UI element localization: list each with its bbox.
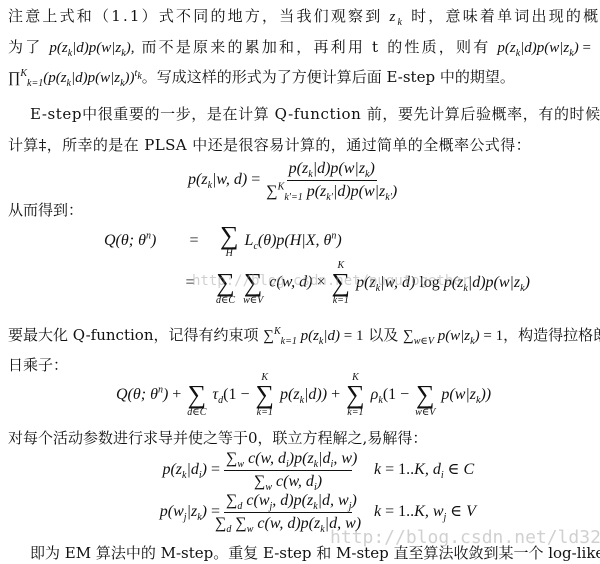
document-page: 注意上式和（1.1）式不同的地方，当我们观察到 zk 时，意味着单词出现的概率变… — [0, 0, 600, 564]
math-inline: p(zk|d)p(w|zk) = — [497, 40, 591, 56]
constraint-2: ∑w∈V p(w|zk) = 1 — [403, 328, 503, 344]
paragraph-1-line-1: 注意上式和（1.1）式不同的地方，当我们观察到 zk 时，意味着单词出现的概率变 — [8, 6, 600, 27]
watermark-2: http://blog.csdn.net/ld326 — [330, 527, 600, 548]
text: ，构造得拉格朗 — [503, 326, 600, 344]
math-zk: zk — [389, 9, 404, 25]
watermark-1: http://blog.csdn.net/puqutogether — [192, 273, 470, 289]
paragraph-2-line-1: E-step中很重要的一步，是在计算 Q-function 前，要先计算后验概率… — [30, 104, 600, 124]
text: 要最大化 Q-function，记得有约束项 — [8, 326, 258, 344]
numerator: p(zk|d)p(w|zk) — [287, 160, 377, 181]
paragraph-1-line-2: 为了 p(zk|d)p(w|zk), 而不是原来的累加和，再利用 t 的性质，则… — [8, 37, 591, 58]
paragraph-2-line-2: 计算‡，所幸的是在 PLSA 中还是很容易计算的，通过简单的全概率公式得： — [8, 135, 531, 155]
paragraph-4-line-2: 日乘子： — [8, 355, 68, 375]
equation-mstep-1: p(zk|di) = ∑w c(w, di)p(zk|di, w) ∑w c(w… — [140, 450, 474, 491]
paragraph-3: 从而得到： — [8, 200, 83, 220]
sum-over-h: ∑H — [220, 224, 239, 259]
denominator: ∑Kk′=1 p(zk′|d)p(w|zk′) — [264, 181, 399, 201]
paragraph-4-line-1: 要最大化 Q-function，记得有约束项 ∑Kk=1 p(zk|d) = 1… — [8, 325, 600, 346]
paragraph-1-line-3: ∏Kk=1(p(zk|d)p(w|zk))tk。写成这样的形式为了方便计算后面 … — [8, 67, 515, 88]
text: 。写成这样的形式为了方便计算后面 E-step 中的期望。 — [142, 68, 515, 86]
text: 注意上式和（1.1）式不同的地方，当我们观察到 — [8, 7, 382, 25]
text: 时，意味着单词出现的概率变 — [411, 7, 600, 25]
equation-q-line-1: Q(θ; θn) = ∑H Lc(θ)p(H|X, θn) — [104, 224, 342, 259]
paragraph-5: 对每个活动参数进行求导并使之等于0，联立方程解之,易解得： — [8, 428, 427, 448]
text: 以及 — [368, 326, 398, 344]
constraint-1: ∑Kk=1 p(zk|d) = 1 — [263, 328, 363, 344]
math-inline: p(zk|d)p(w|zk), — [49, 40, 134, 56]
text: 而不是原来的累加和，再利用 t 的性质，则有 — [141, 38, 490, 56]
math-product: ∏Kk=1(p(zk|d)p(w|zk))tk — [8, 70, 142, 86]
equation-posterior: p(zk|w, d) = p(zk|d)p(w|zk) ∑Kk′=1 p(zk′… — [188, 160, 399, 201]
equation-lagrange: Q(θ; θn) + ∑d∈C τd(1 − K∑k=1 p(zk|d)) + … — [116, 372, 491, 418]
text: 为了 — [8, 38, 42, 56]
fraction: p(zk|d)p(w|zk) ∑Kk′=1 p(zk′|d)p(w|zk′) — [264, 160, 399, 201]
equation-lhs: p(zk|w, d) = — [188, 171, 260, 188]
